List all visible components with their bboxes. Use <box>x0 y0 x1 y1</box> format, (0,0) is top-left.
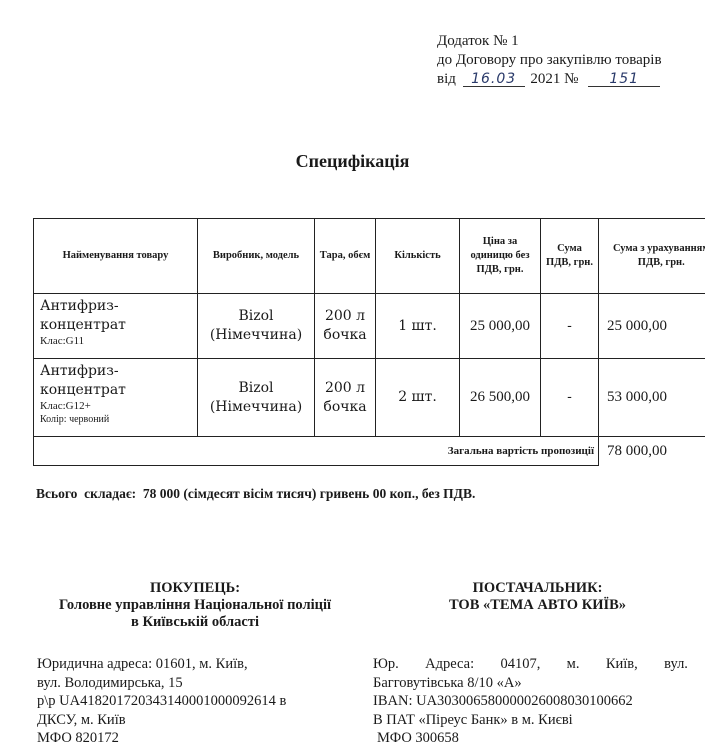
product-name-cell: Антифриз-концентрат Клас:G11 <box>34 294 198 359</box>
packaging-cell: 200 л бочка <box>315 359 376 437</box>
manufacturer-cell: Bizol (Німеччина) <box>198 294 315 359</box>
buyer-heading: ПОКУПЕЦЬ: <box>30 580 360 597</box>
address-word: Київ, <box>606 655 638 674</box>
product-class: Клас:G12+ <box>40 400 193 413</box>
total-cell: 25 000,00 <box>599 294 705 359</box>
vat-cell: - <box>541 294 599 359</box>
seller-address-line2: Багговутівська 8/10 «А» <box>373 674 698 693</box>
document-title: Специфікація <box>0 151 705 172</box>
annex-contract-ref: до Договору про закупівлю товарів <box>437 51 662 70</box>
manufacturer-cell: Bizol (Німеччина) <box>198 359 315 437</box>
seller-heading: ПОСТАЧАЛЬНИК: <box>370 580 705 597</box>
seller-bank: В ПАТ «Піреус Банк» в м. Києві <box>373 711 698 730</box>
address-word: вул. <box>664 655 688 674</box>
address-word: м. <box>567 655 580 674</box>
buyer-address-line1: Юридична адреса: 01601, м. Київ, <box>37 655 357 674</box>
handwritten-date: 16.03 <box>463 72 525 87</box>
header-total-with-vat: Сума з урахуванням ПДВ, грн. <box>599 219 705 294</box>
header-packaging: Тара, обєм <box>315 219 376 294</box>
grand-total-label: Загальна вартість пропозиції <box>34 437 599 466</box>
product-color: Колір: червоний <box>40 413 193 426</box>
buyer-account: р\р UA418201720343140001000092614 в <box>37 692 357 711</box>
header-manufacturer: Виробник, модель <box>198 219 315 294</box>
header-quantity: Кількість <box>376 219 460 294</box>
header-vat: Сума ПДВ, грн. <box>541 219 599 294</box>
handwritten-contract-number: 151 <box>588 72 660 87</box>
annex-number: Додаток № 1 <box>437 32 662 51</box>
address-word: Юр. <box>373 655 399 674</box>
buyer-org-name: Головне управління Національної поліції <box>30 597 360 614</box>
annex-from-label: від <box>437 71 456 87</box>
total-summary: Всього складає: 78 000 (сімдесят вісім т… <box>36 486 475 502</box>
quantity-cell: 1 шт. <box>376 294 460 359</box>
unit-price-cell: 26 500,00 <box>460 359 541 437</box>
buyer-heading-block: ПОКУПЕЦЬ: Головне управління Національно… <box>30 580 360 631</box>
product-name: Антифриз-концентрат <box>40 363 126 398</box>
address-word: Адреса: <box>425 655 474 674</box>
buyer-org-region: в Київській області <box>30 614 360 631</box>
table-row: Антифриз-концентрат Клас:G11 Bizol (Німе… <box>34 294 705 359</box>
header-unit-price: Ціна за одиницю без ПДВ, грн. <box>460 219 541 294</box>
address-word: 04107, <box>500 655 540 674</box>
seller-mfo: МФО 300658 <box>373 729 698 748</box>
annex-date-line: від 16.03 2021 № 151 <box>437 70 662 89</box>
header-product-name: Найменування товару <box>34 219 198 294</box>
vat-cell: - <box>541 359 599 437</box>
buyer-bank: ДКСУ, м. Київ <box>37 711 357 730</box>
total-cell: 53 000,00 <box>599 359 705 437</box>
product-name: Антифриз-концентрат <box>40 298 126 333</box>
seller-address-line1: Юр. Адреса: 04107, м. Київ, вул. <box>373 655 688 674</box>
unit-price-cell: 25 000,00 <box>460 294 541 359</box>
buyer-address-line2: вул. Володимирська, 15 <box>37 674 357 693</box>
table-header-row: Найменування товару Виробник, модель Тар… <box>34 219 705 294</box>
buyer-details: Юридична адреса: 01601, м. Київ, вул. Во… <box>37 655 357 748</box>
annex-header: Додаток № 1 до Договору про закупівлю то… <box>437 32 662 89</box>
buyer-mfo: МФО 820172 <box>37 729 357 748</box>
packaging-cell: 200 л бочка <box>315 294 376 359</box>
seller-heading-block: ПОСТАЧАЛЬНИК: ТОВ «ТЕМА АВТО КИЇВ» <box>370 580 705 614</box>
product-class: Клас:G11 <box>40 335 193 348</box>
seller-details: Юр. Адреса: 04107, м. Київ, вул. Баггову… <box>373 655 698 748</box>
seller-iban: IBAN: UA303006580000026008030100662 <box>373 692 698 711</box>
quantity-cell: 2 шт. <box>376 359 460 437</box>
specification-table: Найменування товару Виробник, модель Тар… <box>33 218 705 466</box>
seller-org-name: ТОВ «ТЕМА АВТО КИЇВ» <box>370 597 705 614</box>
grand-total-value: 78 000,00 <box>599 437 705 466</box>
annex-year-label: 2021 № <box>530 71 578 87</box>
table-row: Антифриз-концентрат Клас:G12+ Колір: чер… <box>34 359 705 437</box>
product-name-cell: Антифриз-концентрат Клас:G12+ Колір: чер… <box>34 359 198 437</box>
table-total-row: Загальна вартість пропозиції 78 000,00 <box>34 437 705 466</box>
